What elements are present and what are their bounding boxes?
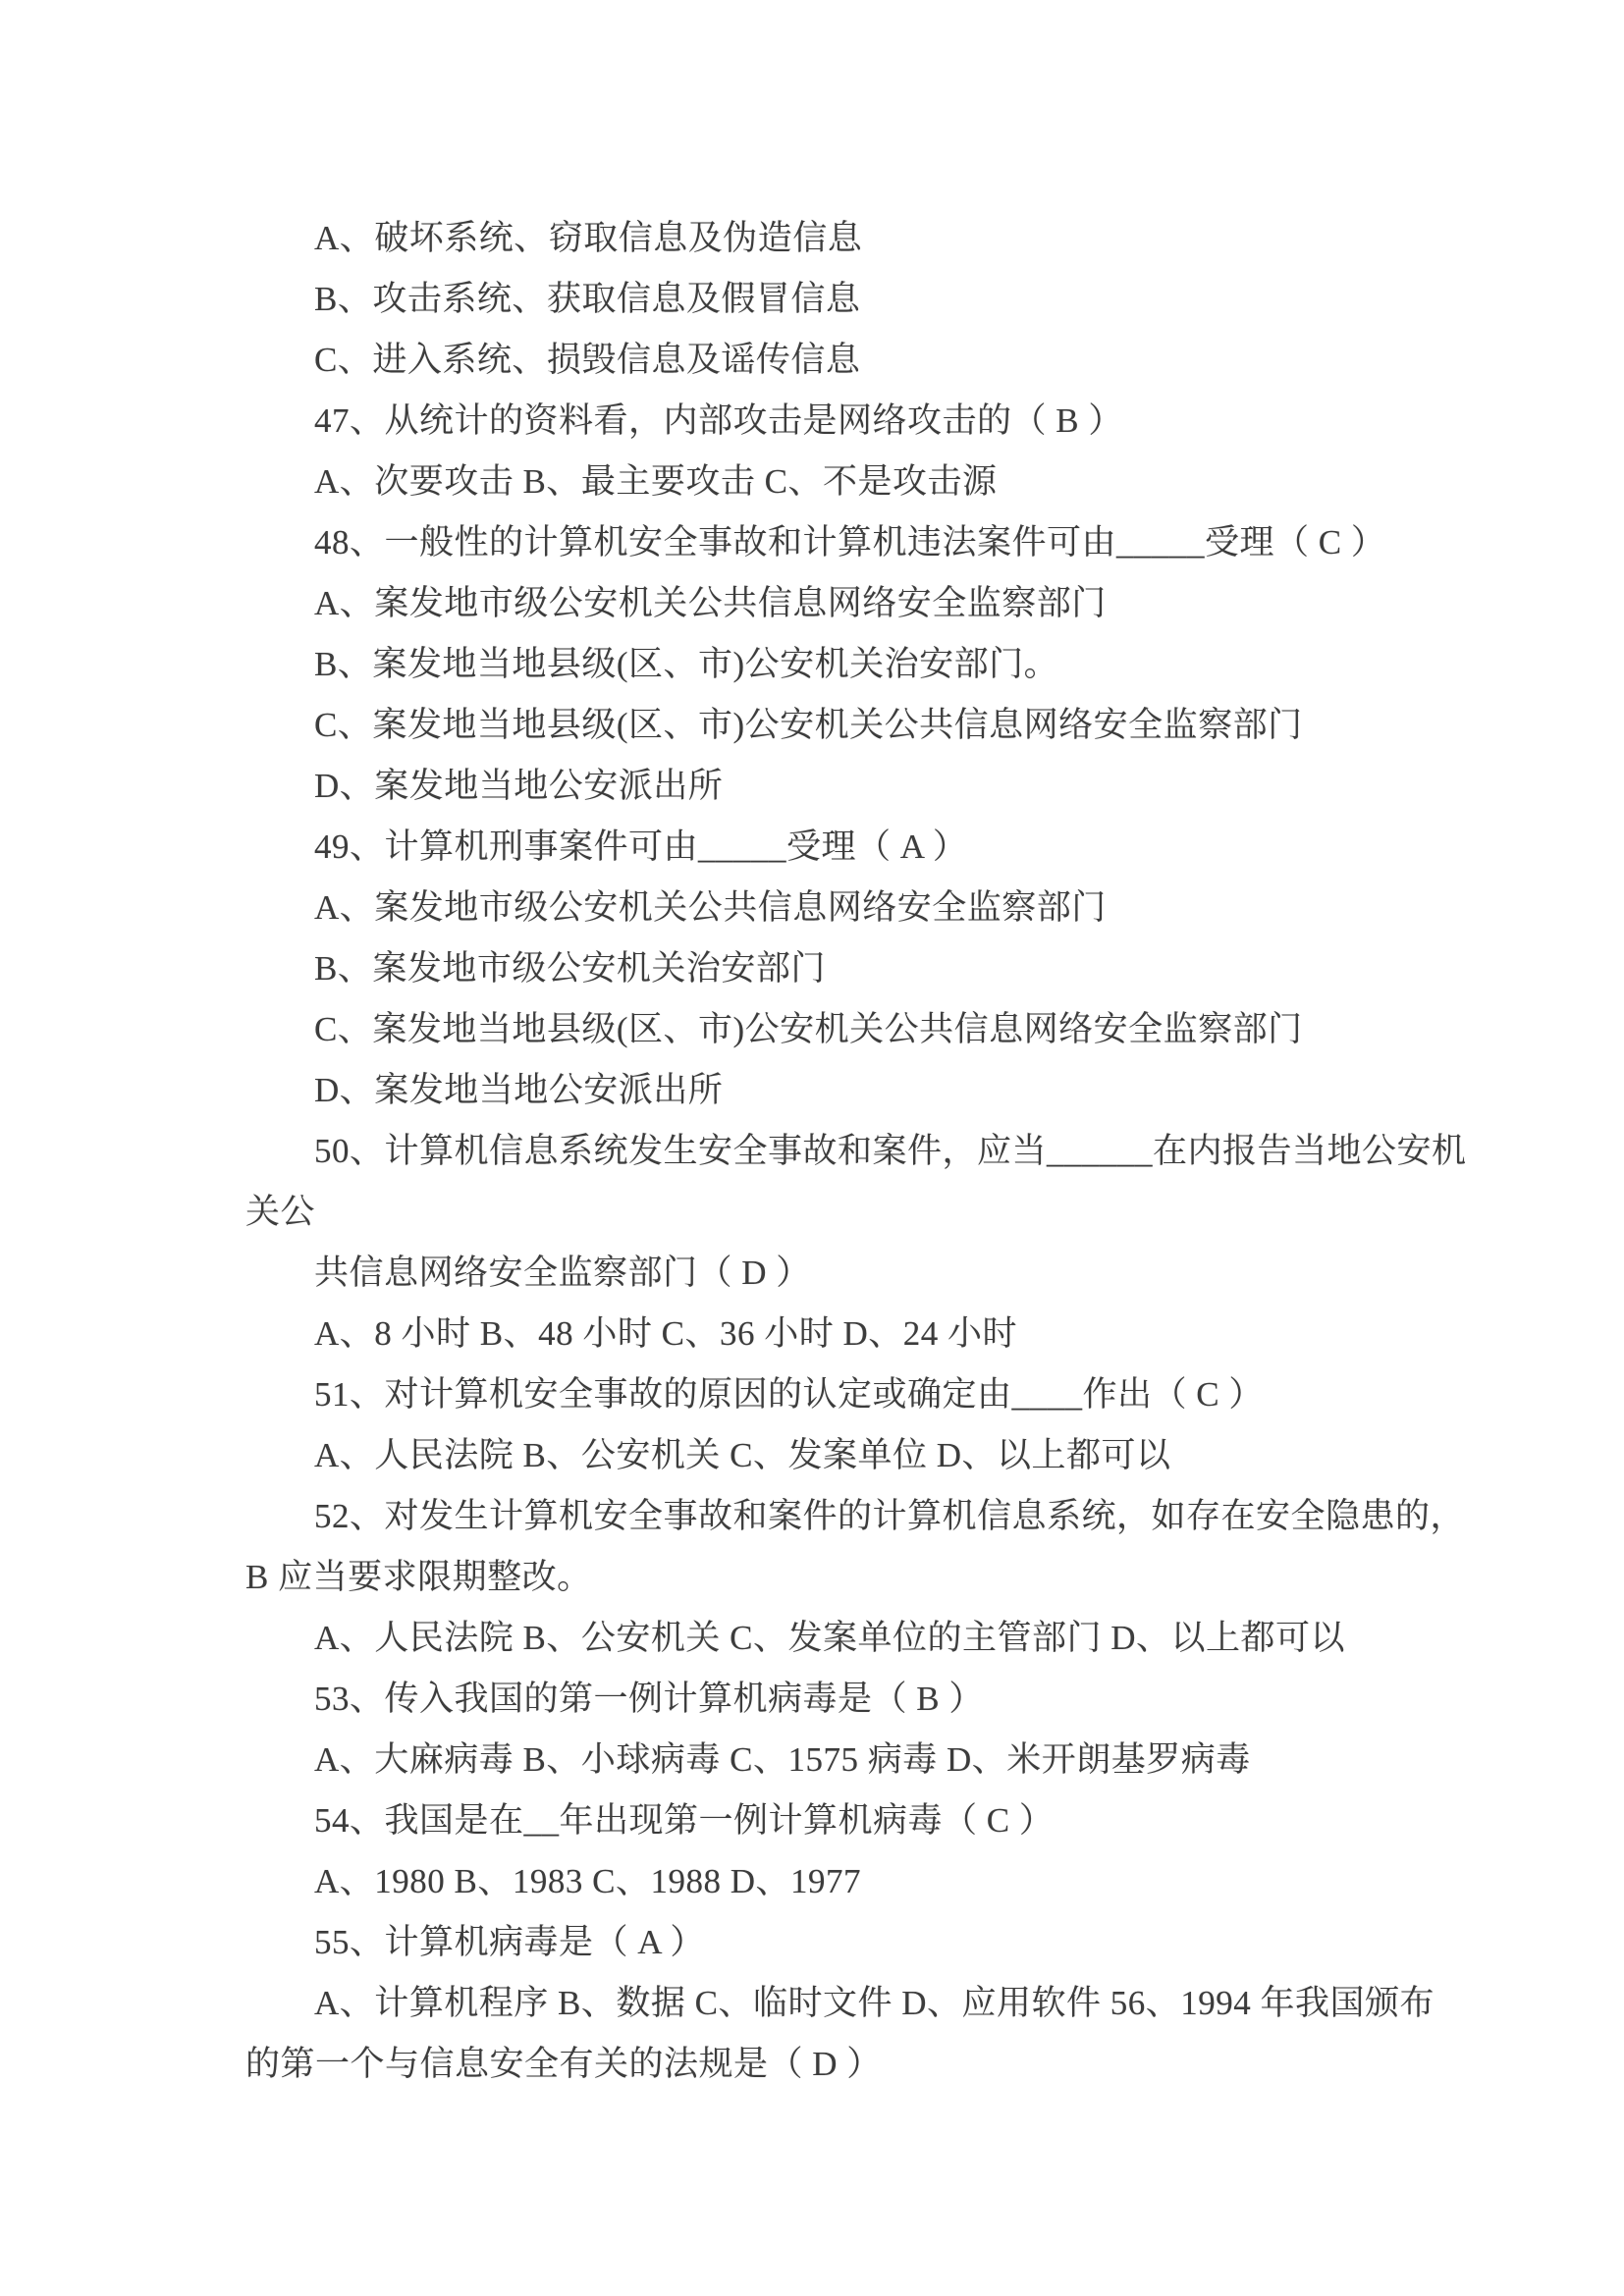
text-line: B、案发地市级公安机关治安部门: [245, 938, 1424, 999]
text-line: C、案发地当地县级(区、市)公安机关公共信息网络安全监察部门: [245, 999, 1424, 1060]
text-line: 关公: [245, 1182, 1424, 1243]
text-line: B、案发地当地县级(区、市)公安机关治安部门。: [245, 634, 1424, 695]
text-line: A、案发地市级公安机关公共信息网络安全监察部门: [245, 878, 1424, 938]
text-line: A、人民法院 B、公安机关 C、发案单位 D、以上都可以: [245, 1425, 1424, 1486]
text-line: D、案发地当地公安派出所: [245, 1060, 1424, 1121]
text-line: C、案发地当地县级(区、市)公安机关公共信息网络安全监察部门: [245, 695, 1424, 756]
text-line: B 应当要求限期整改。: [245, 1547, 1424, 1608]
text-line: 47、从统计的资料看，内部攻击是网络攻击的（ B ）: [245, 391, 1424, 452]
text-line: 48、一般性的计算机安全事故和计算机违法案件可由_____受理（ C ）: [245, 512, 1424, 573]
text-line: 55、计算机病毒是（ A ）: [245, 1912, 1424, 1973]
text-line: 49、计算机刑事案件可由_____受理（ A ）: [245, 817, 1424, 878]
text-line: A、计算机程序 B、数据 C、临时文件 D、应用软件 56、1994 年我国颁布: [245, 1973, 1424, 2034]
text-line: 52、对发生计算机安全事故和案件的计算机信息系统，如存在安全隐患的，: [245, 1486, 1424, 1547]
text-line: C、进入系统、损毁信息及谣传信息: [245, 330, 1424, 391]
text-line: A、8 小时 B、48 小时 C、36 小时 D、24 小时: [245, 1304, 1424, 1364]
text-line: 50、计算机信息系统发生安全事故和案件，应当______在内报告当地公安机: [245, 1121, 1424, 1182]
text-line: A、大麻病毒 B、小球病毒 C、1575 病毒 D、米开朗基罗病毒: [245, 1730, 1424, 1790]
text-line: 53、传入我国的第一例计算机病毒是（ B ）: [245, 1669, 1424, 1730]
text-line: A、破坏系统、窃取信息及伪造信息: [245, 208, 1424, 269]
text-line: D、案发地当地公安派出所: [245, 756, 1424, 817]
text-line: A、1980 B、1983 C、1988 D、1977: [245, 1851, 1424, 1912]
text-line: A、次要攻击 B、最主要攻击 C、不是攻击源: [245, 452, 1424, 512]
text-line: 54、我国是在__年出现第一例计算机病毒（ C ）: [245, 1790, 1424, 1851]
text-line: 的第一个与信息安全有关的法规是（ D ）: [245, 2034, 1424, 2095]
document-body: A、破坏系统、窃取信息及伪造信息B、攻击系统、获取信息及假冒信息C、进入系统、损…: [245, 208, 1424, 2095]
text-line: B、攻击系统、获取信息及假冒信息: [245, 269, 1424, 330]
text-line: A、案发地市级公安机关公共信息网络安全监察部门: [245, 573, 1424, 634]
document-page: A、破坏系统、窃取信息及伪造信息B、攻击系统、获取信息及假冒信息C、进入系统、损…: [0, 0, 1624, 2296]
text-line: 51、对计算机安全事故的原因的认定或确定由____作出（ C ）: [245, 1364, 1424, 1425]
text-line: 共信息网络安全监察部门（ D ）: [245, 1243, 1424, 1304]
text-line: A、人民法院 B、公安机关 C、发案单位的主管部门 D、以上都可以: [245, 1608, 1424, 1669]
